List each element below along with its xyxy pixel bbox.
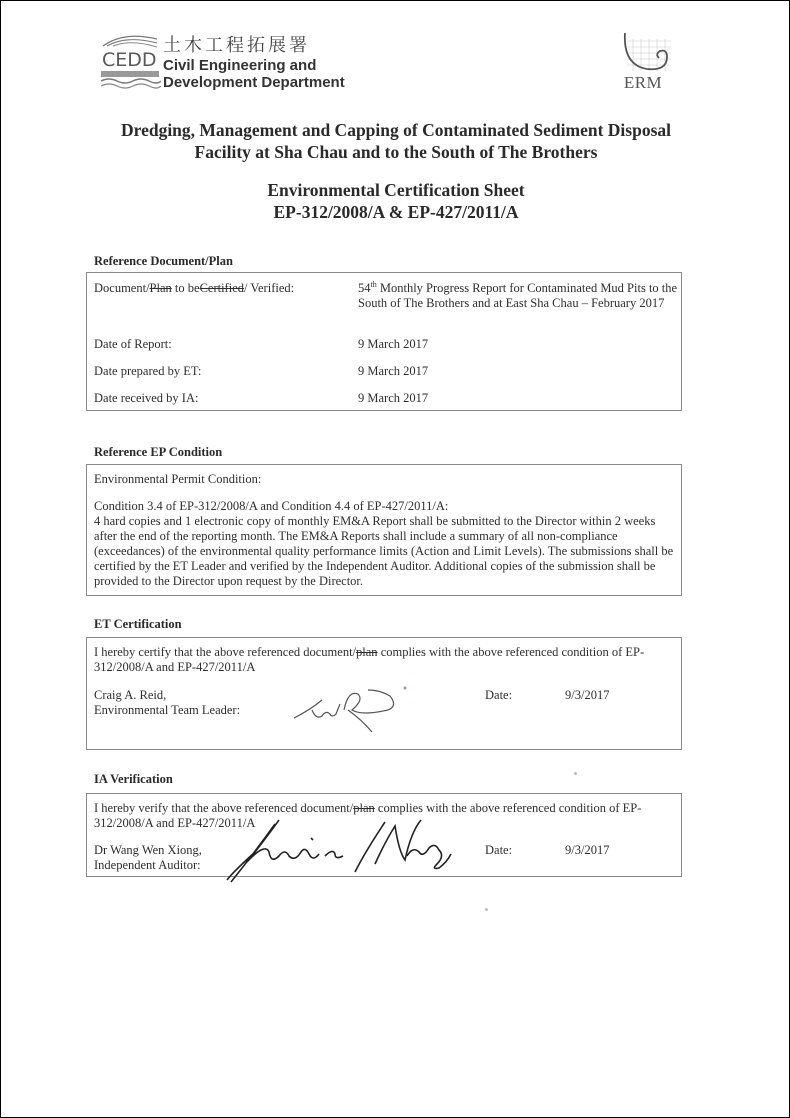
row-label: Date of Report: [94,337,172,352]
ep-condition-label: Environmental Permit Condition: [94,472,679,487]
label-part: to be [172,281,200,295]
et-certification-heading: ET Certification [94,617,182,632]
label-part: / Verified: [244,281,294,295]
cedd-chinese-name: 土木工程拓展署 [163,31,310,57]
project-title: Dredging, Management and Capping of Cont… [61,119,731,163]
cedd-acronym: CEDD [102,49,157,71]
signatory-role: Independent Auditor: [94,858,202,873]
project-title-line1: Dredging, Management and Capping of Cont… [61,119,731,141]
row-value: 9 March 2017 [358,364,683,379]
sheet-title: Environmental Certification Sheet EP-312… [61,179,731,223]
erm-logo-text: ERM [613,73,673,93]
signatory-name: Dr Wang Wen Xiong, [94,843,202,858]
erm-spiral-grid-logo-icon [613,31,673,73]
ep-condition-text: Condition 3.4 of EP-312/2008/A and Condi… [94,499,679,589]
condition-body: 4 hard copies and 1 electronic copy of m… [94,514,679,589]
ia-signatory: Dr Wang Wen Xiong, Independent Auditor: [94,843,202,873]
label-part: Document/ [94,281,150,295]
struck-text: Certified [200,281,244,295]
et-signatory: Craig A. Reid, Environmental Team Leader… [94,688,240,718]
project-title-line2: Facility at Sha Chau and to the South of… [61,141,731,163]
reference-document-heading: Reference Document/Plan [94,254,233,269]
ordinal: 54 [358,281,371,295]
ep-condition-heading: Reference EP Condition [94,445,222,460]
cedd-english-name: Civil Engineering and Development Depart… [163,57,345,91]
ia-verification-heading: IA Verification [94,772,173,787]
et-statement: I hereby certify that the above referenc… [94,645,679,675]
document-page: CEDD 土木工程拓展署 Civil Engineering and Devel… [0,0,790,1118]
ep-condition-box: Environmental Permit Condition: Conditio… [86,464,682,596]
ia-verification-box: I hereby verify that the above reference… [86,793,682,877]
row-value: 9 March 2017 [358,391,683,406]
struck-text: Plan [150,281,172,295]
permit-numbers: EP-312/2008/A & EP-427/2011/A [61,201,731,223]
cedd-name-line2: Development Department [163,74,345,91]
signatory-name: Craig A. Reid, [94,688,240,703]
et-date-value: 9/3/2017 [565,688,609,703]
row-value: 9 March 2017 [358,337,683,352]
ia-signature-icon [225,812,455,884]
et-signature-icon [292,680,412,735]
signatory-role: Environmental Team Leader: [94,703,240,718]
erm-logo: ERM [613,31,673,93]
sheet-title-text: Environmental Certification Sheet [61,179,731,201]
row-label: Date prepared by ET: [94,364,201,379]
document-title: Monthly Progress Report for Contaminated… [358,281,677,310]
struck-text: plan [356,645,378,659]
et-certification-box: I hereby certify that the above referenc… [86,637,682,750]
document-label: Document/Plan to beCertified/ Verified: [94,281,294,296]
ia-date-label: Date: [485,843,512,858]
cedd-name-line1: Civil Engineering and [163,57,345,74]
scan-speck [485,908,488,911]
condition-reference: Condition 3.4 of EP-312/2008/A and Condi… [94,499,679,514]
scan-speck [574,772,577,775]
row-label: Date received by IA: [94,391,198,406]
reference-document-box: Document/Plan to beCertified/ Verified: … [86,272,682,411]
ia-date-value: 9/3/2017 [565,843,609,858]
cedd-logo: CEDD 土木工程拓展署 Civil Engineering and Devel… [99,29,369,95]
et-date-label: Date: [485,688,512,703]
document-value: 54th Monthly Progress Report for Contami… [358,281,683,311]
statement-part: I hereby certify that the above referenc… [94,645,356,659]
